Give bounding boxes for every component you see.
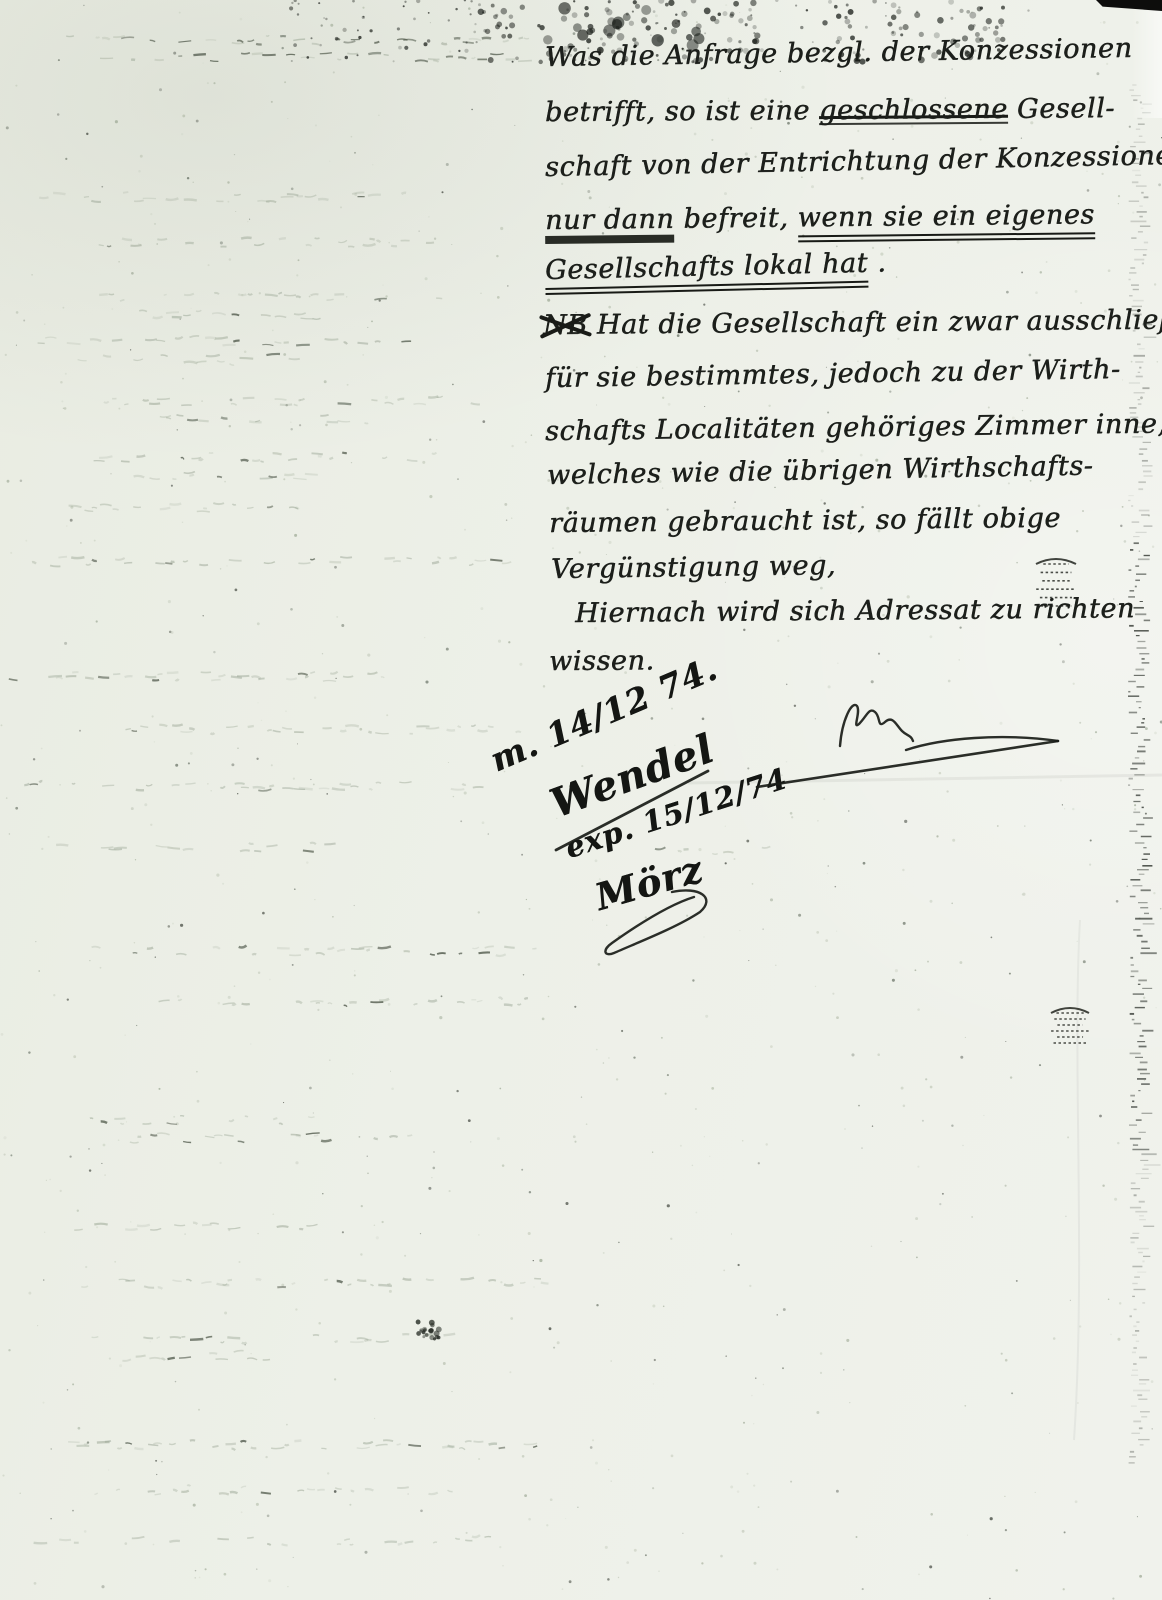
handwritten-line: Was die Anfrage bezgl. der Konzessionen: [545, 35, 1133, 71]
handwritten-line: räumen gebraucht ist, so fällt obige: [549, 505, 1061, 537]
handwritten-segment: wissen.: [549, 645, 655, 677]
handwritten-segment: wenn sie ein eigenes: [797, 199, 1095, 242]
handwritten-segment: schafts Localitäten gehöriges Zimmer inn…: [545, 408, 1162, 447]
handwritten-line: NB Hat die Gesellschaft ein zwar ausschl…: [543, 306, 1162, 339]
cancelled-word: NB: [543, 312, 588, 339]
handwritten-line: für sie bestimmtes, jedoch zu der Wirth-: [545, 356, 1121, 392]
handwritten-segment: Was die Anfrage bezgl. der Konzessionen: [545, 33, 1133, 73]
handwritten-line: Gesellschafts lokal hat .: [545, 249, 887, 284]
handwritten-line: schaft von der Entrichtung der Konzessio…: [545, 142, 1162, 181]
handwritten-line: Vergünstigung weg,: [551, 552, 836, 583]
handwritten-line: Hiernach wird sich Adressat zu richten: [575, 595, 1135, 627]
handwritten-line: betrifft, so ist eine geschlossene Gesel…: [545, 95, 1115, 126]
handwritten-segment: nur dann: [545, 204, 675, 244]
handwritten-segment: für sie bestimmtes, jedoch zu der Wirth-: [545, 354, 1121, 394]
handwritten-segment: Hat die Gesellschaft ein zwar ausschließ…: [588, 304, 1162, 340]
handwritten-segment: geschlossene: [819, 94, 1008, 126]
handwritten-segment: Vergünstigung weg,: [551, 550, 836, 585]
handwritten-segment: befreit,: [674, 202, 798, 234]
handwritten-segment: schaft von der Entrichtung der Konzessio…: [545, 140, 1162, 183]
handwritten-line: schafts Localitäten gehöriges Zimmer inn…: [545, 410, 1162, 445]
handwritten-segment: räumen gebraucht ist, so fällt obige: [549, 503, 1061, 539]
handwritten-segment: betrifft, so ist eine: [545, 95, 819, 128]
handwritten-segment: Gesellschafts lokal hat: [545, 248, 869, 295]
handwritten-segment: Hiernach wird sich Adressat zu richten: [575, 593, 1135, 629]
handwritten-segment: welches wie die übrigen Wirthschafts-: [547, 450, 1094, 491]
handwritten-segment: Gesell-: [1008, 93, 1115, 125]
handwritten-line: wissen.: [549, 647, 655, 675]
document-page: Was die Anfrage bezgl. der Konzessionenb…: [0, 0, 1162, 1600]
handwritten-line: welches wie die übrigen Wirthschafts-: [547, 452, 1094, 489]
handwritten-segment: .: [868, 247, 887, 278]
handwritten-line: nur dann befreit, wenn sie ein eigenes: [545, 201, 1095, 234]
